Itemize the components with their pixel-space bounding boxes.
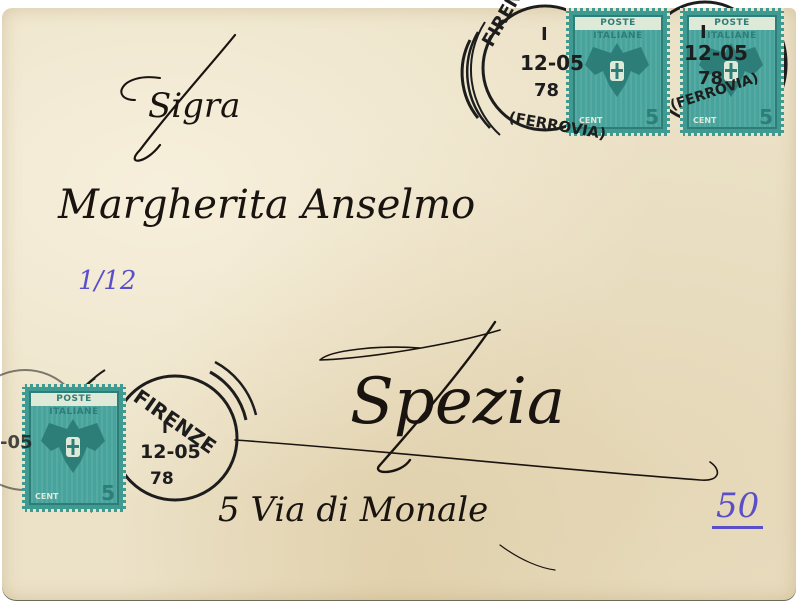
address-street: 5 Via di Monale bbox=[218, 490, 488, 530]
address-name: Margherita Anselmo bbox=[58, 182, 475, 228]
address-salutation: Sigra bbox=[148, 86, 240, 126]
address-city: Spezia bbox=[350, 365, 565, 439]
pencil-note-right: 50 bbox=[712, 486, 763, 529]
pencil-note-left: 1/12 bbox=[78, 266, 136, 296]
